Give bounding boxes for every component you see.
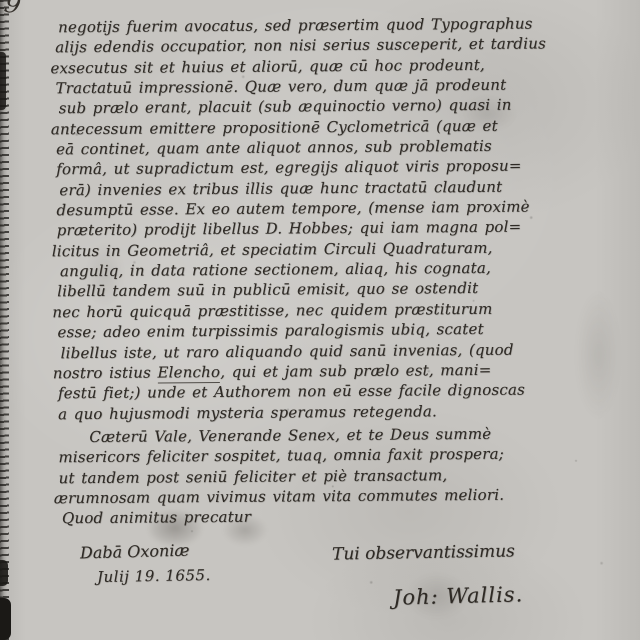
corner-mark: 9	[2, 0, 24, 20]
letter-line-segment: nostro istius	[53, 363, 158, 382]
letter-line: Quod animitus precatur	[62, 504, 634, 529]
underlined-word: Elencho	[157, 363, 220, 383]
dateline-date: Julij 19. 1655.	[97, 566, 211, 586]
letter-line-segment: , qui et jam sub prælo est, mani=	[220, 361, 491, 381]
manuscript-page: 9 negotijs fuerim avocatus, sed præserti…	[0, 0, 640, 640]
binding-ink-blob	[0, 598, 11, 640]
signature: Joh: Wallis.	[393, 582, 524, 609]
letter-body: negotijs fuerim avocatus, sed præsertim …	[55, 13, 634, 529]
letter-line: a quo hujusmodi mysteria speramus retege…	[58, 399, 633, 424]
binding-ink-blob	[0, 560, 8, 586]
dateline-place: Dabā Oxoniæ	[80, 541, 190, 563]
valediction: Tui observantissimus	[332, 541, 515, 564]
binding-ink-blob	[0, 52, 6, 110]
